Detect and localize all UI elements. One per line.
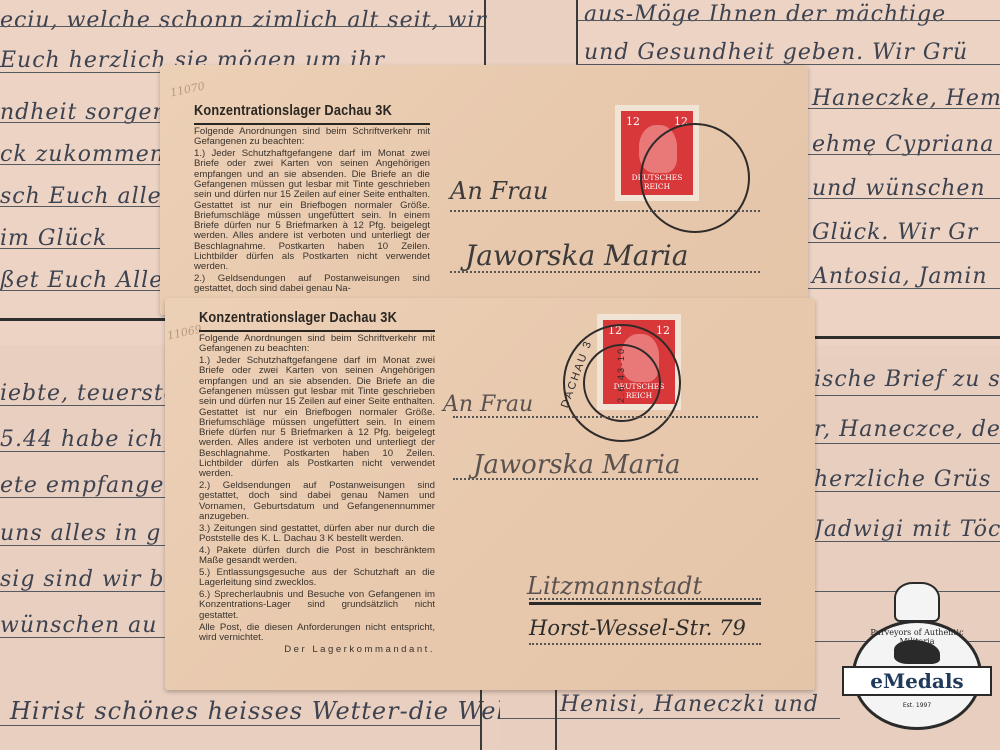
postcard-front: 11069 Konzentrationslager Dachau 3K Folg… <box>165 298 815 690</box>
handwriting-line: Hirist schönes heisses Wetter-die Welt i… <box>10 697 557 725</box>
postcard-back: 11070 Konzentrationslager Dachau 3K Folg… <box>160 65 808 315</box>
serial-number: 11070 <box>169 80 206 100</box>
rule-1: 1.) Jeder Schutzhaftgefangene darf im Mo… <box>194 149 430 273</box>
rule-6: 6.) Sprecherlaubnis und Besuche von Gefa… <box>199 590 435 621</box>
rule-4: 4.) Pakete dürfen durch die Post in besc… <box>199 546 435 567</box>
handwriting-line: ete empfangen <box>0 473 180 498</box>
address-street: Horst-Wessel-Str. 79 <box>529 616 746 640</box>
serial-number: 11069 <box>166 323 203 343</box>
stamp-value: 12 <box>656 324 670 337</box>
handwriting-line: herzliche Grüs <box>814 467 991 492</box>
rule-1: 1.) Jeder Schutzhaftgefangene darf im Mo… <box>199 356 435 480</box>
background-letter-bottom-strip: Henisi, Haneczki und <box>500 688 840 750</box>
rule-3: 3.) Zeitungen sind gestattet, dürfen abe… <box>199 524 435 545</box>
postmark-icon <box>640 123 750 233</box>
handwriting-line: ische Brief zu sch <box>814 367 1000 392</box>
handwriting-line: Jadwigi mit Töch <box>814 517 1000 542</box>
stamp-value: 12 <box>626 115 640 128</box>
rule-5: 5.) Entlassungsgesuche aus der Schutzhaf… <box>199 568 435 589</box>
rules-closing: Alle Post, die diesen Anforderungen nich… <box>199 623 435 644</box>
handwriting-line: sig sind wir be <box>0 567 178 592</box>
rule-2: 2.) Geldsendungen auf Postanweisungen si… <box>199 481 435 522</box>
address-salutation: An Frau <box>450 177 548 205</box>
handwriting-line: eciu, welche schonn zimlich alt seit, wi… <box>0 8 487 33</box>
rules-intro: Folgende Anordnungen sind beim Schriftve… <box>199 334 435 355</box>
watermark-established: Est. 1997 <box>897 702 937 709</box>
handwriting-line: r, Haneczce, dei <box>814 417 1000 442</box>
handwriting-line: uns alles in g <box>0 521 161 546</box>
rules-intro: Folgende Anordnungen sind beim Schriftve… <box>194 127 430 148</box>
postmark-date: 2.6.43-10 <box>616 347 626 403</box>
card-title: Konzentrationslager Dachau 3K <box>199 310 397 326</box>
camp-rules-text: Folgende Anordnungen sind beim Schriftve… <box>199 334 435 656</box>
rule-2: 2.) Geldsendungen auf Postanweisungen si… <box>194 274 430 295</box>
address-name: Jaworska Maria <box>473 450 681 480</box>
signature: Der Lagerkommandant. <box>199 645 435 655</box>
address-salutation: An Frau <box>443 392 533 417</box>
address-city: Litzmannstadt <box>527 572 702 600</box>
card-title: Konzentrationslager Dachau 3K <box>194 103 392 119</box>
handwriting-line: Henisi, Haneczki und <box>560 692 819 717</box>
emedals-watermark: Purveyors of Authentic Militaria eMedals… <box>842 580 992 740</box>
handwriting-line: Antosia, Jamin <box>812 264 988 289</box>
handwriting-line: aus-Möge Ihnen der mächtige <box>584 2 946 27</box>
watermark-brand: eMedals <box>842 666 992 696</box>
camp-rules-text: Folgende Anordnungen sind beim Schriftve… <box>194 127 430 296</box>
crown-icon <box>894 582 940 622</box>
handwriting-line: wünschen au <box>0 613 157 638</box>
handwriting-line: und Gesundheit geben. Wir Grü <box>584 40 968 65</box>
handwriting-line: 5.44 habe ich <box>0 427 164 452</box>
address-name: Jaworska Maria <box>465 239 688 272</box>
